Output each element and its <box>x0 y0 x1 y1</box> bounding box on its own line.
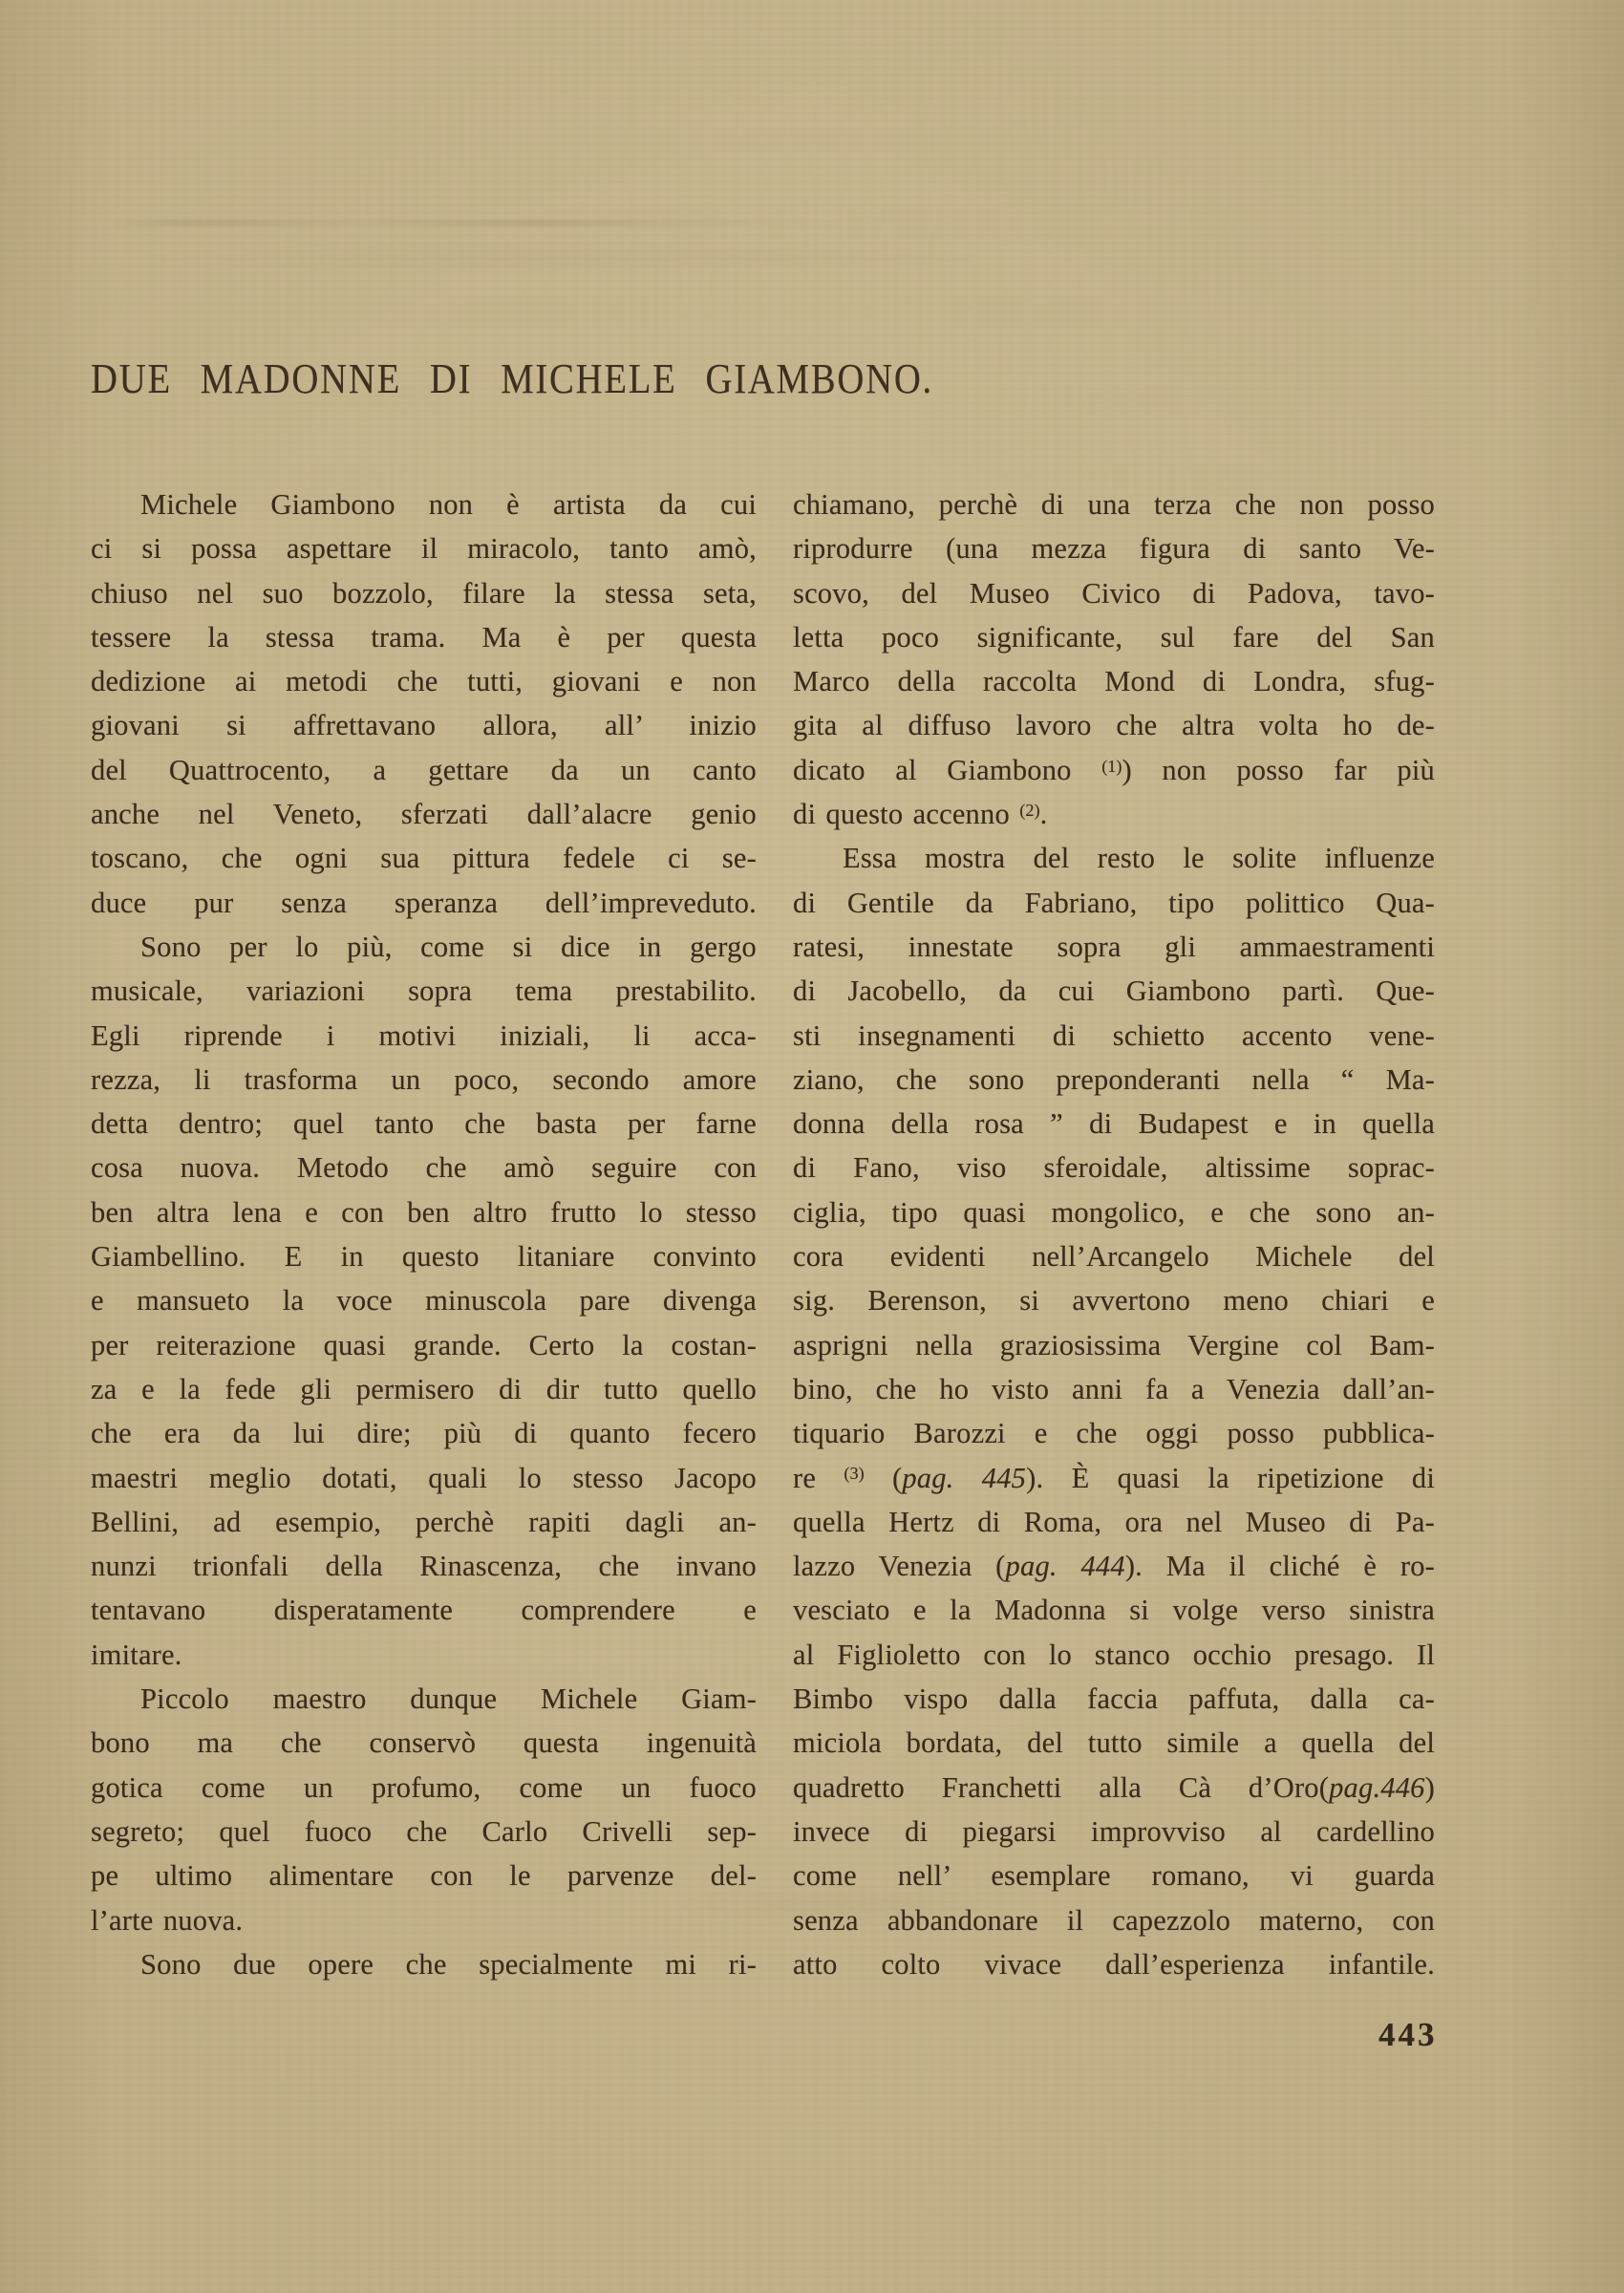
text-line: Michele Giambono non è artista da cui <box>91 482 757 526</box>
text-line: del Quattrocento, a gettare da un canto <box>91 748 757 792</box>
text-line: giovani si affrettavano allora, all’ ini… <box>91 703 757 747</box>
text-line: scovo, del Museo Civico di Padova, tavo- <box>793 571 1435 615</box>
text-line: ciglia, tipo quasi mongolico, e che sono… <box>793 1190 1435 1234</box>
text-line: Bimbo vispo dalla faccia paffuta, dalla … <box>793 1677 1435 1721</box>
text-line: za e la fede gli permisero di dir tutto … <box>91 1367 757 1411</box>
text-line: senza abbandonare il capezzolo materno, … <box>793 1898 1435 1942</box>
text-line: Sono due opere che specialmente mi ri- <box>91 1942 757 1986</box>
text-line: dedizione ai metodi che tutti, giovani e… <box>91 659 757 703</box>
text-line: asprigni nella graziosissima Vergine col… <box>793 1323 1435 1367</box>
text-line: tessere la stessa trama. Ma è per questa <box>91 615 757 659</box>
text-line: che era da lui dire; più di quanto fecer… <box>91 1411 757 1455</box>
text-line: al Figlioletto con lo stanco occhio pres… <box>793 1633 1435 1677</box>
text-line: re (3) (pag. 445). È quasi la ripetizion… <box>793 1456 1435 1500</box>
text-line: Piccolo maestro dunque Michele Giam- <box>91 1677 757 1721</box>
left-column: Michele Giambono non è artista da cuici … <box>91 482 757 1986</box>
text-line: ziano, che sono preponderanti nella “ Ma… <box>793 1058 1435 1102</box>
text-line: e mansueto la voce minuscola pare diveng… <box>91 1278 757 1322</box>
text-line: di Jacobello, da cui Giambono partì. Que… <box>793 969 1435 1013</box>
text-line: duce pur senza speranza dell’impreveduto… <box>91 881 757 925</box>
text-line: di Gentile da Fabriano, tipo polittico Q… <box>793 881 1435 925</box>
text-line: maestri meglio dotati, quali lo stesso J… <box>91 1456 757 1500</box>
text-line: di questo accenno (2). <box>793 792 1435 836</box>
text-line: miciola bordata, del tutto simile a quel… <box>793 1721 1435 1765</box>
text-line: segreto; quel fuoco che Carlo Crivelli s… <box>91 1810 757 1854</box>
text-line: tiquario Barozzi e che oggi posso pubbli… <box>793 1411 1435 1455</box>
text-line: gita al diffuso lavoro che altra volta h… <box>793 703 1435 747</box>
text-line: quella Hertz di Roma, ora nel Museo di P… <box>793 1500 1435 1544</box>
text-line: come nell’ esemplare romano, vi guarda <box>793 1854 1435 1897</box>
right-column: chiamano, perchè di una terza che non po… <box>793 482 1435 1986</box>
text-line: Sono per lo più, come si dice in gergo <box>91 925 757 969</box>
text-line: toscano, che ogni sua pittura fedele ci … <box>91 836 757 880</box>
text-line: sti insegnamenti di schietto accento ven… <box>793 1014 1435 1058</box>
article-title: DUE MADONNE DI MICHELE GIAMBONO. <box>91 358 933 400</box>
text-line: l’arte nuova. <box>91 1898 757 1942</box>
text-line: ci si possa aspettare il miracolo, tanto… <box>91 526 757 570</box>
text-line: chiamano, perchè di una terza che non po… <box>793 482 1435 526</box>
text-line: cora evidenti nell’Arcangelo Michele del <box>793 1234 1435 1278</box>
text-line: pe ultimo alimentare con le parvenze del… <box>91 1854 757 1897</box>
text-line: rezza, li trasforma un poco, secondo amo… <box>91 1058 757 1102</box>
text-line: Giambellino. E in questo litaniare convi… <box>91 1234 757 1278</box>
scanned-book-page: DUE MADONNE DI MICHELE GIAMBONO. Michele… <box>0 0 1624 2293</box>
page-number: 443 <box>1378 2018 1438 2051</box>
text-line: detta dentro; quel tanto che basta per f… <box>91 1102 757 1146</box>
text-line: dicato al Giambono (1)) non posso far pi… <box>793 748 1435 792</box>
text-line: sig. Berenson, si avvertono meno chiari … <box>793 1278 1435 1322</box>
text-line: bino, che ho visto anni fa a Venezia dal… <box>793 1367 1435 1411</box>
text-line: invece di piegarsi improvviso al cardell… <box>793 1810 1435 1854</box>
text-line: riprodurre (una mezza figura di santo Ve… <box>793 526 1435 570</box>
text-line: Marco della raccolta Mond di Londra, sfu… <box>793 659 1435 703</box>
text-line: Bellini, ad esempio, perchè rapiti dagli… <box>91 1500 757 1544</box>
text-line: tentavano disperatamente comprendere e <box>91 1588 757 1632</box>
text-line: chiuso nel suo bozzolo, filare la stessa… <box>91 571 757 615</box>
text-line: musicale, variazioni sopra tema prestabi… <box>91 969 757 1013</box>
text-line: nunzi trionfali della Rinascenza, che in… <box>91 1544 757 1588</box>
text-line: atto colto vivace dall’esperienza infant… <box>793 1942 1435 1986</box>
scan-smudge <box>143 241 1194 273</box>
scan-smudge <box>113 220 848 226</box>
text-line: imitare. <box>91 1633 757 1677</box>
text-line: ratesi, innestate sopra gli ammaestramen… <box>793 925 1435 969</box>
text-line: letta poco significante, sul fare del Sa… <box>793 615 1435 659</box>
text-line: lazzo Venezia (pag. 444). Ma il cliché è… <box>793 1544 1435 1588</box>
text-line: vesciato e la Madonna si volge verso sin… <box>793 1588 1435 1632</box>
text-line: cosa nuova. Metodo che amò seguire con <box>91 1146 757 1189</box>
text-line: gotica come un profumo, come un fuoco <box>91 1766 757 1810</box>
text-line: bono ma che conservò questa ingenuità <box>91 1721 757 1765</box>
text-line: ben altra lena e con ben altro frutto lo… <box>91 1190 757 1234</box>
text-line: per reiterazione quasi grande. Certo la … <box>91 1323 757 1367</box>
text-line: Essa mostra del resto le solite influenz… <box>793 836 1435 880</box>
text-line: donna della rosa ” di Budapest e in quel… <box>793 1102 1435 1146</box>
text-line: di Fano, viso sferoidale, altissime sopr… <box>793 1146 1435 1189</box>
text-line: anche nel Veneto, sferzati dall’alacre g… <box>91 792 757 836</box>
text-line: quadretto Franchetti alla Cà d’Oro(pag.4… <box>793 1766 1435 1810</box>
text-line: Egli riprende i motivi iniziali, li acca… <box>91 1014 757 1058</box>
